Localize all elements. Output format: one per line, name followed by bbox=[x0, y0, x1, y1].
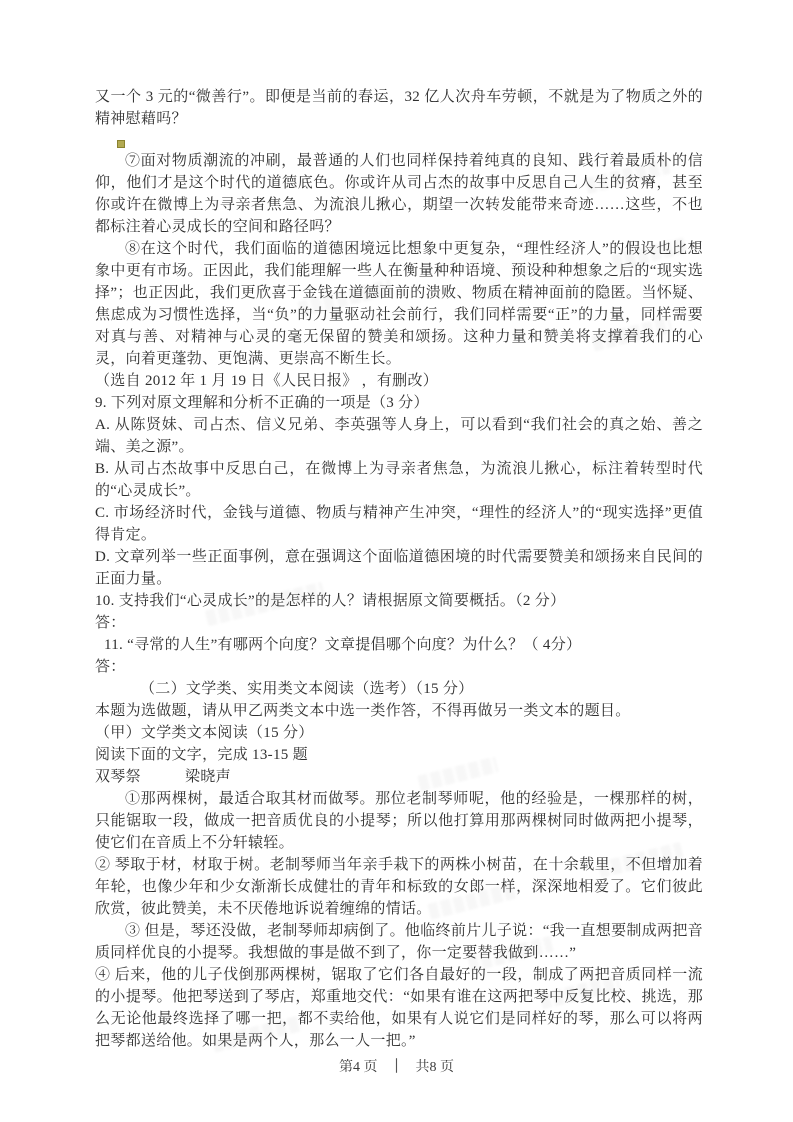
essay-paragraph-2: ② 琴取于材，材取于树。老制琴师当年亲手栽下的两株小树苗，在十余载里，不但增加着… bbox=[95, 854, 703, 920]
essay-author: 梁晓声 bbox=[185, 769, 231, 785]
section-2-heading: （二）文学类、实用类文本阅读（选考）（15 分） bbox=[95, 678, 703, 700]
question-9-option-a: A. 从陈贤妹、司占杰、信义兄弟、李英强等人身上，可以看到“我们社会的真之始、善… bbox=[95, 414, 703, 458]
section-jia-heading: （甲）文学类文本阅读（15 分） bbox=[95, 722, 703, 744]
page-footer: 第4 页｜共8 页 bbox=[0, 1056, 793, 1076]
essay-paragraph-4: ④ 后来，他的儿子伐倒那两棵树，锯取了它们各自最好的一段，制成了两把音质同样一流… bbox=[95, 964, 703, 1052]
section-2-note: 本题为选做题，请从甲乙两类文本中选一类作答，不得再做另一类文本的题目。 bbox=[95, 700, 703, 722]
essay-title-line: 双琴祭 梁晓声 bbox=[95, 766, 703, 788]
answer-label-10: 答： bbox=[95, 612, 703, 634]
body-paragraph-8: ⑧在这个时代，我们面临的道德困境远比想象中更复杂，“理性经济人”的假设也比想象中… bbox=[95, 238, 703, 370]
question-11-stem: 11. “寻常的人生”有哪两个向度？文章提倡哪个向度？为什么？（ 4分） bbox=[95, 634, 703, 656]
page-number-total: 共8 页 bbox=[416, 1060, 455, 1075]
square-bullet-icon bbox=[117, 140, 125, 148]
bullet-row bbox=[95, 132, 703, 148]
essay-paragraph-3: ③ 但是，琴还没做，老制琴师却病倒了。他临终前片儿子说：“我一直想要制成两把音质… bbox=[95, 920, 703, 964]
question-9-option-d: D. 文章列举一些正面事例，意在强调这个面临道德困境的时代需要赞美和颂扬来自民间… bbox=[95, 546, 703, 590]
body-paragraph-intro: 又一个 3 元的“微善行”。即便是当前的春运，32 亿人次舟车劳顿，不就是为了物… bbox=[95, 86, 703, 130]
question-9-option-c: C. 市场经济时代，金钱与道德、物质与精神产生冲突，“理性的经济人”的“现实选择… bbox=[95, 502, 703, 546]
question-9-option-b: B. 从司占杰故事中反思白己，在微博上为寻亲者焦急，为流浪儿揪心，标注着转型时代… bbox=[95, 458, 703, 502]
page-content: 又一个 3 元的“微善行”。即便是当前的春运，32 亿人次舟车劳顿，不就是为了物… bbox=[95, 86, 703, 1052]
exam-paper-page: 又一个 3 元的“微善行”。即便是当前的春运，32 亿人次舟车劳顿，不就是为了物… bbox=[0, 0, 793, 1122]
question-9-stem: 9. 下列对原文理解和分析不正确的一项是（3 分） bbox=[95, 392, 703, 414]
essay-title: 双琴祭 bbox=[95, 769, 141, 785]
body-paragraph-7: ⑦面对物质潮流的冲刷，最普通的人们也同样保持着纯真的良知、践行着最质朴的信仰，他… bbox=[95, 150, 703, 238]
essay-paragraph-1: ①那两棵树，最适合取其材而做琴。那位老制琴师呢，他的经验是，一棵那样的树，只能锯… bbox=[95, 788, 703, 854]
footer-separator: ｜ bbox=[390, 1056, 404, 1076]
question-10-stem: 10. 支持我们“心灵成长”的是怎样的人？请根据原文简要概括。（2 分） bbox=[95, 590, 703, 612]
answer-label-11: 答： bbox=[95, 656, 703, 678]
reading-instruction: 阅读下面的文字，完成 13-15 题 bbox=[95, 744, 703, 766]
source-attribution: （选自 2012 年 1 月 19 日《人民日报》 ，有删改） bbox=[95, 370, 703, 392]
page-number-current: 第4 页 bbox=[339, 1060, 378, 1075]
